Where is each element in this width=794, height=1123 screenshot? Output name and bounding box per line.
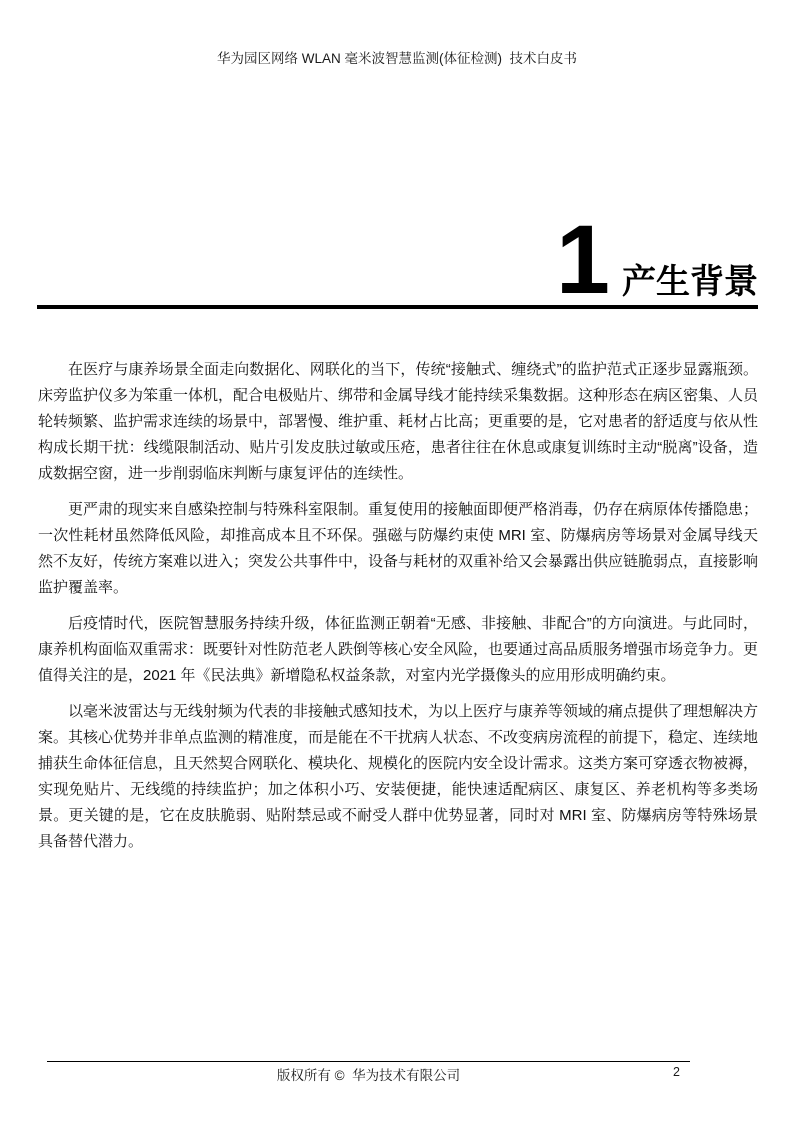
- chapter-rule: [37, 305, 758, 309]
- paragraph-3: 后疫情时代，医院智慧服务持续升级，体征监测正朝着“无感、非接触、非配合”的方向演…: [38, 611, 758, 689]
- header-title: 华为园区网络 WLAN 毫米波智慧监测(体征检测) 技术白皮书: [0, 50, 794, 68]
- paragraph-1: 在医疗与康养场景全面走向数据化、网联化的当下，传统“接触式、缠绕式”的监护范式正…: [38, 357, 758, 487]
- footer: 版权所有 © 华为技术有限公司 2: [47, 1061, 690, 1085]
- paragraph-4: 以毫米波雷达与无线射频为代表的非接触式感知技术，为以上医疗与康养等领域的痛点提供…: [38, 699, 758, 855]
- chapter-title: 产生背景: [622, 262, 758, 302]
- page-number: 2: [673, 1065, 680, 1079]
- chapter-number: 1: [556, 218, 608, 302]
- footer-copyright: 版权所有 © 华为技术有限公司: [47, 1062, 690, 1085]
- body-text: 在医疗与康养场景全面走向数据化、网联化的当下，传统“接触式、缠绕式”的监护范式正…: [38, 357, 758, 865]
- chapter-heading: 1 产生背景: [556, 218, 758, 302]
- paragraph-2: 更严肃的现实来自感染控制与特殊科室限制。重复使用的接触面即便严格消毒，仍存在病原…: [38, 497, 758, 601]
- document-page: 华为园区网络 WLAN 毫米波智慧监测(体征检测) 技术白皮书 1 产生背景 在…: [0, 0, 794, 1123]
